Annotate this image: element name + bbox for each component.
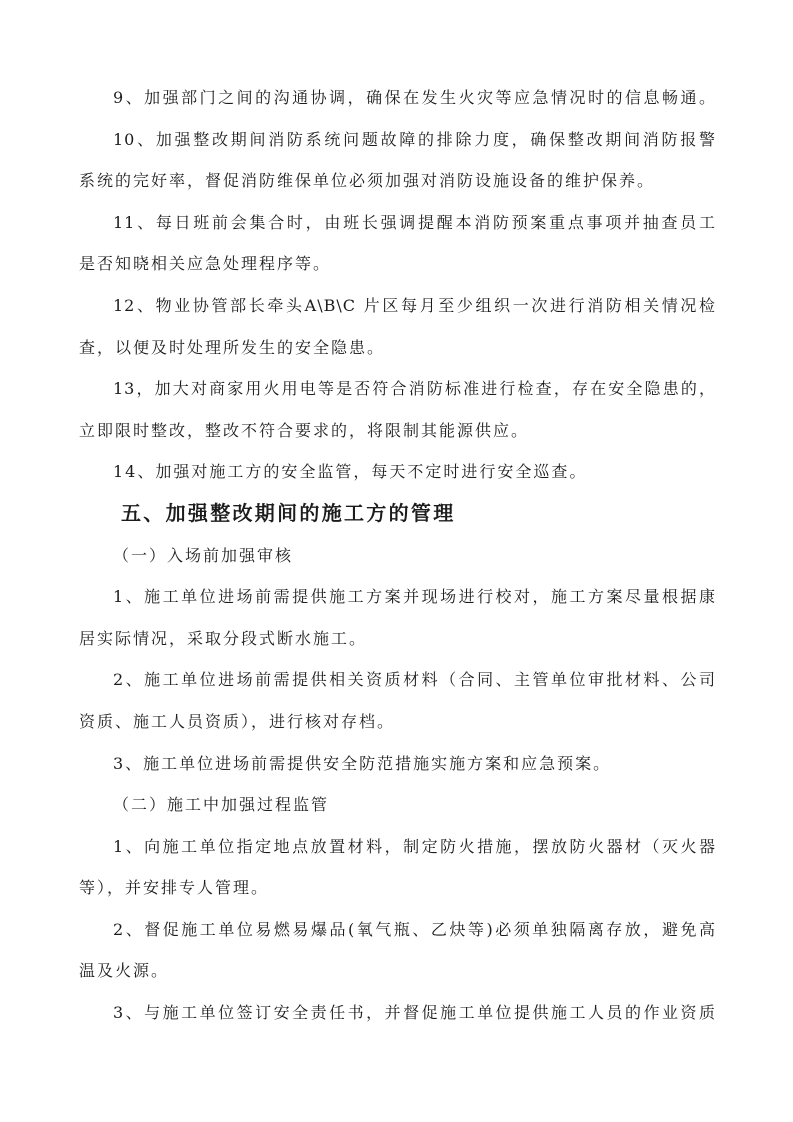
paragraph-item-3: 3、与施工单位签订安全责任书，并督促施工单位提供施工人员的作业资质 xyxy=(79,992,716,1034)
paragraph-item-14: 14、加强对施工方的安全监管，每天不定时进行安全巡查。 xyxy=(79,451,716,493)
text-line: 14、加强对施工方的安全监管，每天不定时进行安全巡查。 xyxy=(79,451,716,493)
subsection-title: （一）入场前加强审核 xyxy=(79,535,716,577)
subsection-heading-2: （二）施工中加强过程监管 xyxy=(79,784,716,826)
text-line: 13，加大对商家用火用电等是否符合消防标准进行检查，存在安全隐患的， xyxy=(79,368,716,410)
document-body: 9、加强部门之间的沟通协调，确保在发生火灾等应急情况时的信息畅通。 10、加强整… xyxy=(79,77,716,1034)
paragraph-item-10: 10、加强整改期间消防系统问题故障的排除力度，确保整改期间消防报警 系统的完好率… xyxy=(79,119,716,202)
paragraph-item-1: 1、向施工单位指定地点放置材料，制定防火措施，摆放防火器材（灭火器 等），并安排… xyxy=(79,826,716,909)
paragraph-item-9: 9、加强部门之间的沟通协调，确保在发生火灾等应急情况时的信息畅通。 xyxy=(79,77,716,119)
text-line: 等），并安排专人管理。 xyxy=(79,867,716,909)
text-line: 1、向施工单位指定地点放置材料，制定防火措施，摆放防火器材（灭火器 xyxy=(79,826,716,868)
paragraph-item-2: 2、施工单位进场前需提供相关资质材料（合同、主管单位审批材料、公司 资质、施工人… xyxy=(79,659,716,742)
text-line: 温及火源。 xyxy=(79,950,716,992)
paragraph-item-13: 13，加大对商家用火用电等是否符合消防标准进行检查，存在安全隐患的， 立即限时整… xyxy=(79,368,716,451)
paragraph-item-3: 3、施工单位进场前需提供安全防范措施实施方案和应急预案。 xyxy=(79,743,716,785)
section-title: 五、加强整改期间的施工方的管理 xyxy=(79,493,716,535)
text-line: 查，以便及时处理所发生的安全隐患。 xyxy=(79,327,716,369)
text-line: 2、施工单位进场前需提供相关资质材料（合同、主管单位审批材料、公司 xyxy=(79,659,716,701)
paragraph-item-12: 12、物业协管部长牵头A\B\C 片区每月至少组织一次进行消防相关情况检 查，以… xyxy=(79,285,716,368)
text-line: 11、每日班前会集合时，由班长强调提醒本消防预案重点事项并抽查员工 xyxy=(79,202,716,244)
section-heading: 五、加强整改期间的施工方的管理 xyxy=(79,493,716,535)
document-page: 9、加强部门之间的沟通协调，确保在发生火灾等应急情况时的信息畅通。 10、加强整… xyxy=(0,0,793,1122)
text-line: 10、加强整改期间消防系统问题故障的排除力度，确保整改期间消防报警 xyxy=(79,119,716,161)
text-line: 系统的完好率，督促消防维保单位必须加强对消防设施设备的维护保养。 xyxy=(79,160,716,202)
text-line: 资质、施工人员资质），进行核对存档。 xyxy=(79,701,716,743)
text-line: 12、物业协管部长牵头A\B\C 片区每月至少组织一次进行消防相关情况检 xyxy=(79,285,716,327)
subsection-heading-1: （一）入场前加强审核 xyxy=(79,535,716,577)
subsection-title: （二）施工中加强过程监管 xyxy=(79,784,716,826)
paragraph-item-2: 2、督促施工单位易燃易爆品(氧气瓶、乙炔等)必须单独隔离存放，避免高 温及火源。 xyxy=(79,909,716,992)
text-line: 立即限时整改，整改不符合要求的，将限制其能源供应。 xyxy=(79,410,716,452)
text-line: 居实际情况，采取分段式断水施工。 xyxy=(79,618,716,660)
text-line: 3、与施工单位签订安全责任书，并督促施工单位提供施工人员的作业资质 xyxy=(79,992,716,1034)
paragraph-item-11: 11、每日班前会集合时，由班长强调提醒本消防预案重点事项并抽查员工 是否知晓相关… xyxy=(79,202,716,285)
text-line: 9、加强部门之间的沟通协调，确保在发生火灾等应急情况时的信息畅通。 xyxy=(79,77,716,119)
text-line: 2、督促施工单位易燃易爆品(氧气瓶、乙炔等)必须单独隔离存放，避免高 xyxy=(79,909,716,951)
text-line: 是否知晓相关应急处理程序等。 xyxy=(79,243,716,285)
text-line: 1、施工单位进场前需提供施工方案并现场进行校对，施工方案尽量根据康 xyxy=(79,576,716,618)
paragraph-item-1: 1、施工单位进场前需提供施工方案并现场进行校对，施工方案尽量根据康 居实际情况，… xyxy=(79,576,716,659)
text-line: 3、施工单位进场前需提供安全防范措施实施方案和应急预案。 xyxy=(79,743,716,785)
